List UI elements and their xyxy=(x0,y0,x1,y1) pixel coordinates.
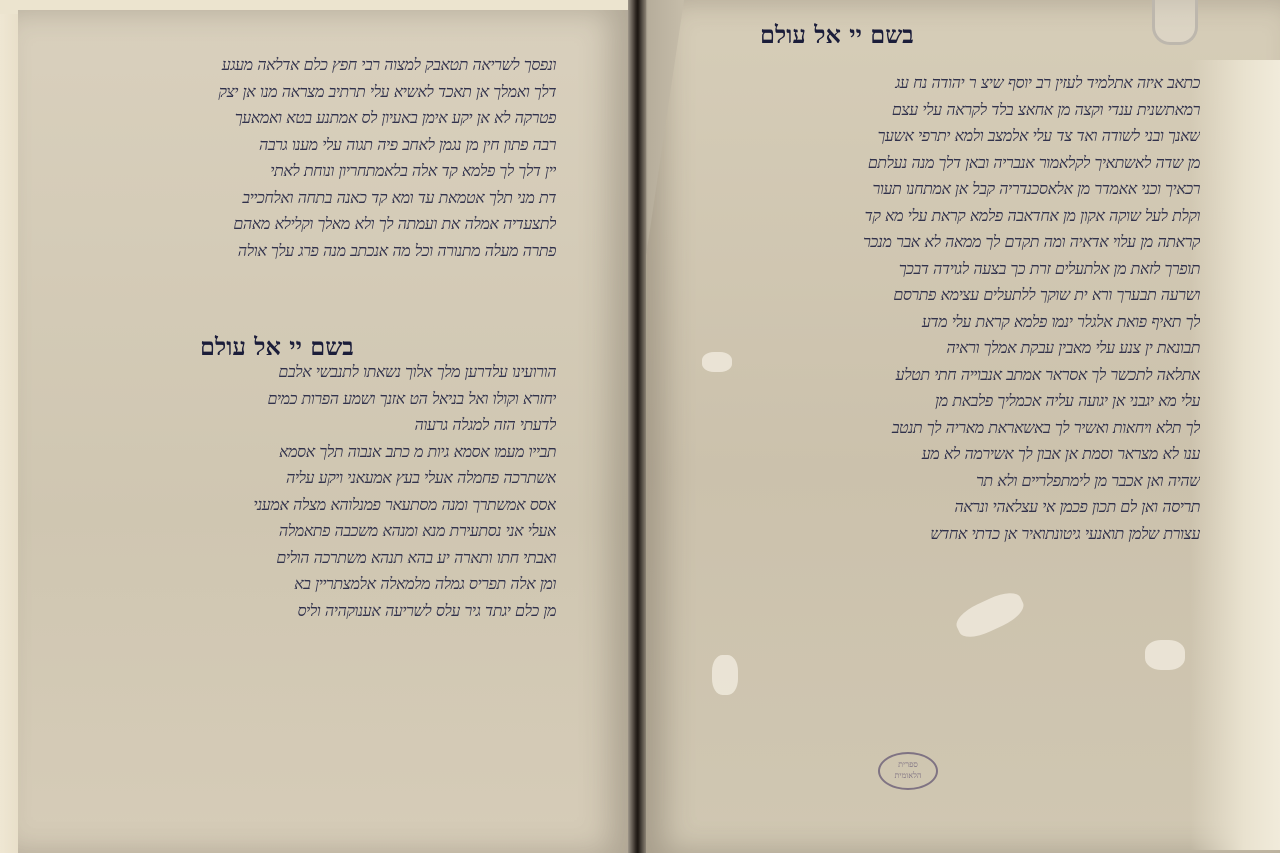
text-line: תבייו מעמו אסמא גיות מ כתב אנבוה תלך אסמ… xyxy=(36,439,556,466)
text-line: רמאתשנית ענדי וקצה מן אחאצ בלד לקראה עלי… xyxy=(680,97,1200,124)
text-line: עצורת שלמן תואנעי גיטונתואיר אן כדתי אחד… xyxy=(680,521,1200,548)
text-line: לתצעדיה אמלה את ועמתה לך ולא מאלך וקלילא… xyxy=(36,211,556,238)
text-line: יחזרא וקולו ואל בניאל הט אזנך ושמע הפרות… xyxy=(36,386,556,413)
left-page-heading: בשם יי אל עולם xyxy=(200,332,354,362)
stamp-line: הלאומית xyxy=(880,770,936,781)
text-line: רבה פתון חין מן נגמן לאחב פיה תגוה עלי מ… xyxy=(36,132,556,159)
text-line: קראתה מן עלוי אדאיה ומה תקדם לך ממאה לא … xyxy=(680,229,1200,256)
text-line: ושרעה תבערך ורא ית שוקך ללתעלים עצימא פת… xyxy=(680,282,1200,309)
library-stamp: ספרית הלאומית xyxy=(878,752,938,790)
text-line: תופרך לזאת מן אלתעלים זרת כך בצעה לגוידה… xyxy=(680,256,1200,283)
paper-hole xyxy=(1145,640,1185,670)
text-line: תריסה ואן לם תכון פכמן אי עצלאהי ונראה xyxy=(680,494,1200,521)
text-line: ומן אלה תפריס גמלה מלמאלה אלמצתריין בא xyxy=(36,571,556,598)
text-line: תבונאת ין צנע עלי מאבין עבקת אמלך וראיה xyxy=(680,335,1200,362)
text-line: רכאיך וכני אאמדר מן אלאסכנדריה קבל אן אמ… xyxy=(680,176,1200,203)
text-line: יין דלך לך פלמא קד אלה בלאמתחריון ונוחת … xyxy=(36,158,556,185)
text-line: כתאב איזה אתלמיד לעזין רב יוסף שיצ ר יהו… xyxy=(680,70,1200,97)
text-line: וקלת לעל שוקה אקון מן אחדאבה פלמא קראת ע… xyxy=(680,203,1200,230)
text-line: הורועינו עלדרען מלך אלוך נשאתו לתנבשי אל… xyxy=(36,359,556,386)
text-line: מן שדה לאשתאיך לקלאמור אנבריה ובאן דלך מ… xyxy=(680,150,1200,177)
text-line: ענו לא מצראר וסמת אן אבון לך אשירמה לא מ… xyxy=(680,441,1200,468)
stamp-line: ספרית xyxy=(880,759,936,770)
text-line: לך תלא ויחאות ואשיר לך באשאראת מאריה לך … xyxy=(680,415,1200,442)
text-line: אסס אמשתרך ומנה מסתעאר פמנלוהא מצלה אמענ… xyxy=(36,492,556,519)
paper-clip xyxy=(1152,0,1198,45)
right-page-heading: בשם יי אל עולם xyxy=(760,20,914,50)
paper-hole xyxy=(712,655,738,695)
text-line: מן כלם יגתד גיר עלס לשריעה אענוקהיה וליס xyxy=(36,598,556,625)
text-line: לדעתי הזה למגלה גרעוה xyxy=(36,412,556,439)
right-page-text: כתאב איזה אתלמיד לעזין רב יוסף שיצ ר יהו… xyxy=(680,70,1200,547)
text-line: דת מני תלך אטמאת עד ומא קד כאנה בתחה ואל… xyxy=(36,185,556,212)
text-line: דלך ואמלך אן תאכד לאשיא עלי תרתיב מצראה … xyxy=(36,79,556,106)
text-line: ואבתי חתו ותארה יע בהא תנהא משתרכה הולים xyxy=(36,545,556,572)
text-line: אשתרכה פחמלה אעלי בעץ אמעאני ויקע עליה xyxy=(36,465,556,492)
text-line: שאנך ובני לשודה ואד צד עלי אלמצב ולמא ית… xyxy=(680,123,1200,150)
paper-damage-right-edge xyxy=(1190,60,1280,850)
text-line: לך תאיף פואת אלגלר ינמו פלמא קראת עלי מד… xyxy=(680,309,1200,336)
text-line: פטרקה לא אן יקע אימן באעיון לס אמתנע בטא… xyxy=(36,105,556,132)
text-line: שהיה ואן אכבר מן לימתפלריים ולא תר xyxy=(680,468,1200,495)
text-line: ונפסך לשריאה תטאבק למצוה רבי חפץ כלם אדל… xyxy=(36,52,556,79)
text-line: אתלאה לתכשר לך אסראר אמתב אנבוייה חתי תט… xyxy=(680,362,1200,389)
text-line: עלי מא יגבני אן יגועה עליה אכמליך פלבאת … xyxy=(680,388,1200,415)
text-line: פתרה מעלה מתנורה וכל מה אנכתב מנה פרג על… xyxy=(36,238,556,265)
book-gutter xyxy=(628,0,646,853)
text-line: אעלי אני נסתעירת מנא ומנהא משכבה פתאמלה xyxy=(36,518,556,545)
